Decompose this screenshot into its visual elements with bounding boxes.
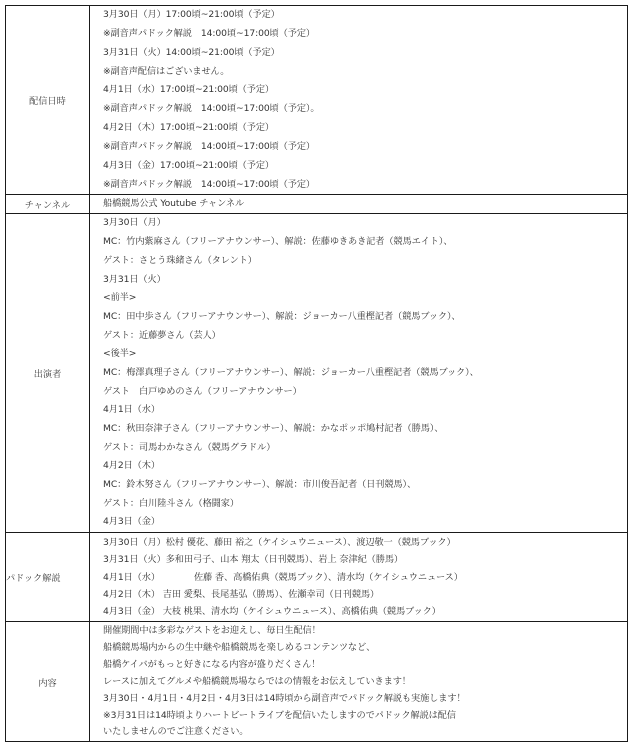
performer-line: ゲスト：白川陸斗さん（格闘家） [103, 495, 627, 514]
content-line: 船橋ケイバがもっと好きになる内容が盛りだくさん！ [103, 657, 627, 674]
channel-label: チャンネル [6, 195, 90, 214]
schedule-label: 配信日時 [6, 6, 90, 195]
paddock-date: 4月1日（水） [103, 572, 160, 583]
paddock-names: 多和田弓子、山本 翔太（日刊競馬）、岩上 奈津紀（勝馬） [166, 554, 403, 565]
paddock-line: 3月31日（火）多和田弓子、山本 翔太（日刊競馬）、岩上 奈津紀（勝馬） [103, 551, 627, 568]
schedule-line: ※副音声配信はございません。 [103, 63, 627, 82]
performer-line: MC：梅澤真理子さん（フリーアナウンサー）、解説：ジョーカー八重樫記者（競馬ブッ… [103, 364, 627, 383]
content-line: レースに加えてグルメや船橋競馬場ならではの情報をお伝えしていきます！ [103, 674, 627, 691]
paddock-line: 4月2日（木） 吉田 愛梨、長尾基弘（勝馬）、佐瀬幸司（日刊競馬） [103, 586, 627, 603]
schedule-line: ※副音声パドック解説 14:00頃~17:00頃（予定） [103, 138, 627, 157]
content-line: 船橋競馬場内からの生中継や船橋競馬を楽しめるコンテンツなど、 [103, 640, 627, 657]
content-value: 開催期間中は多彩なゲストをお迎えし、毎日生配信！ 船橋競馬場内からの生中継や船橋… [90, 622, 628, 723]
content-line: 開催期間中は多彩なゲストをお迎えし、毎日生配信！ [103, 623, 627, 640]
performer-line: 4月2日（木） [103, 457, 627, 476]
paddock-date: 4月2日（木） [103, 589, 160, 600]
paddock-names: 佐藤 香、高橋佑典（競馬ブック）、清水均（ケイシュウニュース） [194, 572, 463, 583]
row-content: 内容 開催期間中は多彩なゲストをお迎えし、毎日生配信！ 船橋競馬場内からの生中継… [6, 622, 628, 723]
schedule-line: 3月31日（火）14:00頃~21:00頃（予定） [103, 44, 627, 63]
content-line: ※3月31日は14時頃よりハートビートライブを配信いたしますのでパドック解説は配… [103, 708, 627, 723]
performer-line: MC：秋田奈津子さん（フリーアナウンサー）、解説：かなポッポ鳩村記者（勝馬）、 [103, 420, 627, 439]
performers-label: 出演者 [6, 214, 90, 533]
performer-line: MC：鈴木努さん（フリーアナウンサー）、解説：市川俊吾記者（日刊競馬）、 [103, 476, 627, 495]
performer-line: <後半> [103, 345, 627, 364]
schedule-line: 4月2日（木）17:00頃~21:00頃（予定） [103, 119, 627, 138]
schedule-line: ※副音声パドック解説 14:00頃~17:00頃（予定） [103, 176, 627, 195]
paddock-label: パドック解説 [6, 533, 90, 622]
paddock-date: 3月31日（火） [103, 554, 166, 565]
channel-value: 船橋競馬公式 Youtube チャンネル [90, 195, 628, 214]
schedule-line: ※副音声パドック解説 14:00頃~17:00頃（予定）。 [103, 100, 627, 119]
paddock-line: 4月1日（水）佐藤 香、高橋佑典（競馬ブック）、清水均（ケイシュウニュース） [103, 569, 627, 586]
row-paddock: パドック解説 3月30日（月）松村 優花、藤田 裕之（ケイシュウニュース）、渡辺… [6, 533, 628, 622]
broadcast-info-table: 配信日時 3月30日（月）17:00頃~21:00頃（予定） ※副音声パドック解… [5, 5, 628, 723]
performer-line: MC：竹内紫麻さん（フリーアナウンサー）、解説：佐藤ゆきあき記者（競馬エイト）、 [103, 233, 627, 252]
paddock-names: 松村 優花、藤田 裕之（ケイシュウニュース）、渡辺敬一（競馬ブック） [166, 537, 456, 548]
row-performers: 出演者 3月30日（月） MC：竹内紫麻さん（フリーアナウンサー）、解説：佐藤ゆ… [6, 214, 628, 533]
paddock-date: 4月3日（金） [103, 606, 160, 617]
performer-line: ゲスト：さとう珠緒さん（タレント） [103, 252, 627, 271]
performer-line: MC：田中歩さん（フリーアナウンサー）、解説：ジョーカー八重樫記者（競馬ブック）… [103, 308, 627, 327]
performer-line: 4月3日（金） [103, 513, 627, 532]
performer-line: 3月30日（月） [103, 214, 627, 233]
schedule-line: 4月1日（水）17:00頃~21:00頃（予定） [103, 81, 627, 100]
performer-line: ゲスト：司馬わかなさん（競馬グラドル） [103, 439, 627, 458]
performer-line: ゲスト：近藤夢さん（芸人） [103, 327, 627, 346]
content-label: 内容 [6, 622, 90, 723]
performer-line: ゲスト 白戸ゆめのさん（フリーアナウンサー） [103, 383, 627, 402]
row-channel: チャンネル 船橋競馬公式 Youtube チャンネル [6, 195, 628, 214]
performer-line: <前半> [103, 289, 627, 308]
content-line: 3月30日・4月1日・4月2日・4月3日は14時頃から副音声でパドック解説も実施… [103, 691, 627, 708]
schedule-line: 3月30日（月）17:00頃~21:00頃（予定） [103, 6, 627, 25]
performers-value: 3月30日（月） MC：竹内紫麻さん（フリーアナウンサー）、解説：佐藤ゆきあき記… [90, 214, 628, 533]
performer-line: 4月1日（水） [103, 401, 627, 420]
schedule-line: 4月3日（金）17:00頃~21:00頃（予定） [103, 157, 627, 176]
channel-name: 船橋競馬公式 Youtube チャンネル [103, 195, 627, 213]
paddock-date: 3月30日（月） [103, 537, 166, 548]
schedule-value: 3月30日（月）17:00頃~21:00頃（予定） ※副音声パドック解説 14:… [90, 6, 628, 195]
paddock-line: 4月3日（金） 大枝 桃果、清水均（ケイシュウニュース）、高橋佑典（競馬ブック） [103, 603, 627, 620]
paddock-value: 3月30日（月）松村 優花、藤田 裕之（ケイシュウニュース）、渡辺敬一（競馬ブッ… [90, 533, 628, 622]
paddock-names: 大枝 桃果、清水均（ケイシュウニュース）、高橋佑典（競馬ブック） [163, 606, 441, 617]
row-schedule: 配信日時 3月30日（月）17:00頃~21:00頃（予定） ※副音声パドック解… [6, 6, 628, 195]
schedule-line: ※副音声パドック解説 14:00頃~17:00頃（予定） [103, 25, 627, 44]
performer-line: 3月31日（火） [103, 271, 627, 290]
paddock-names: 吉田 愛梨、長尾基弘（勝馬）、佐瀬幸司（日刊競馬） [163, 589, 379, 600]
paddock-line: 3月30日（月）松村 優花、藤田 裕之（ケイシュウニュース）、渡辺敬一（競馬ブッ… [103, 534, 627, 551]
